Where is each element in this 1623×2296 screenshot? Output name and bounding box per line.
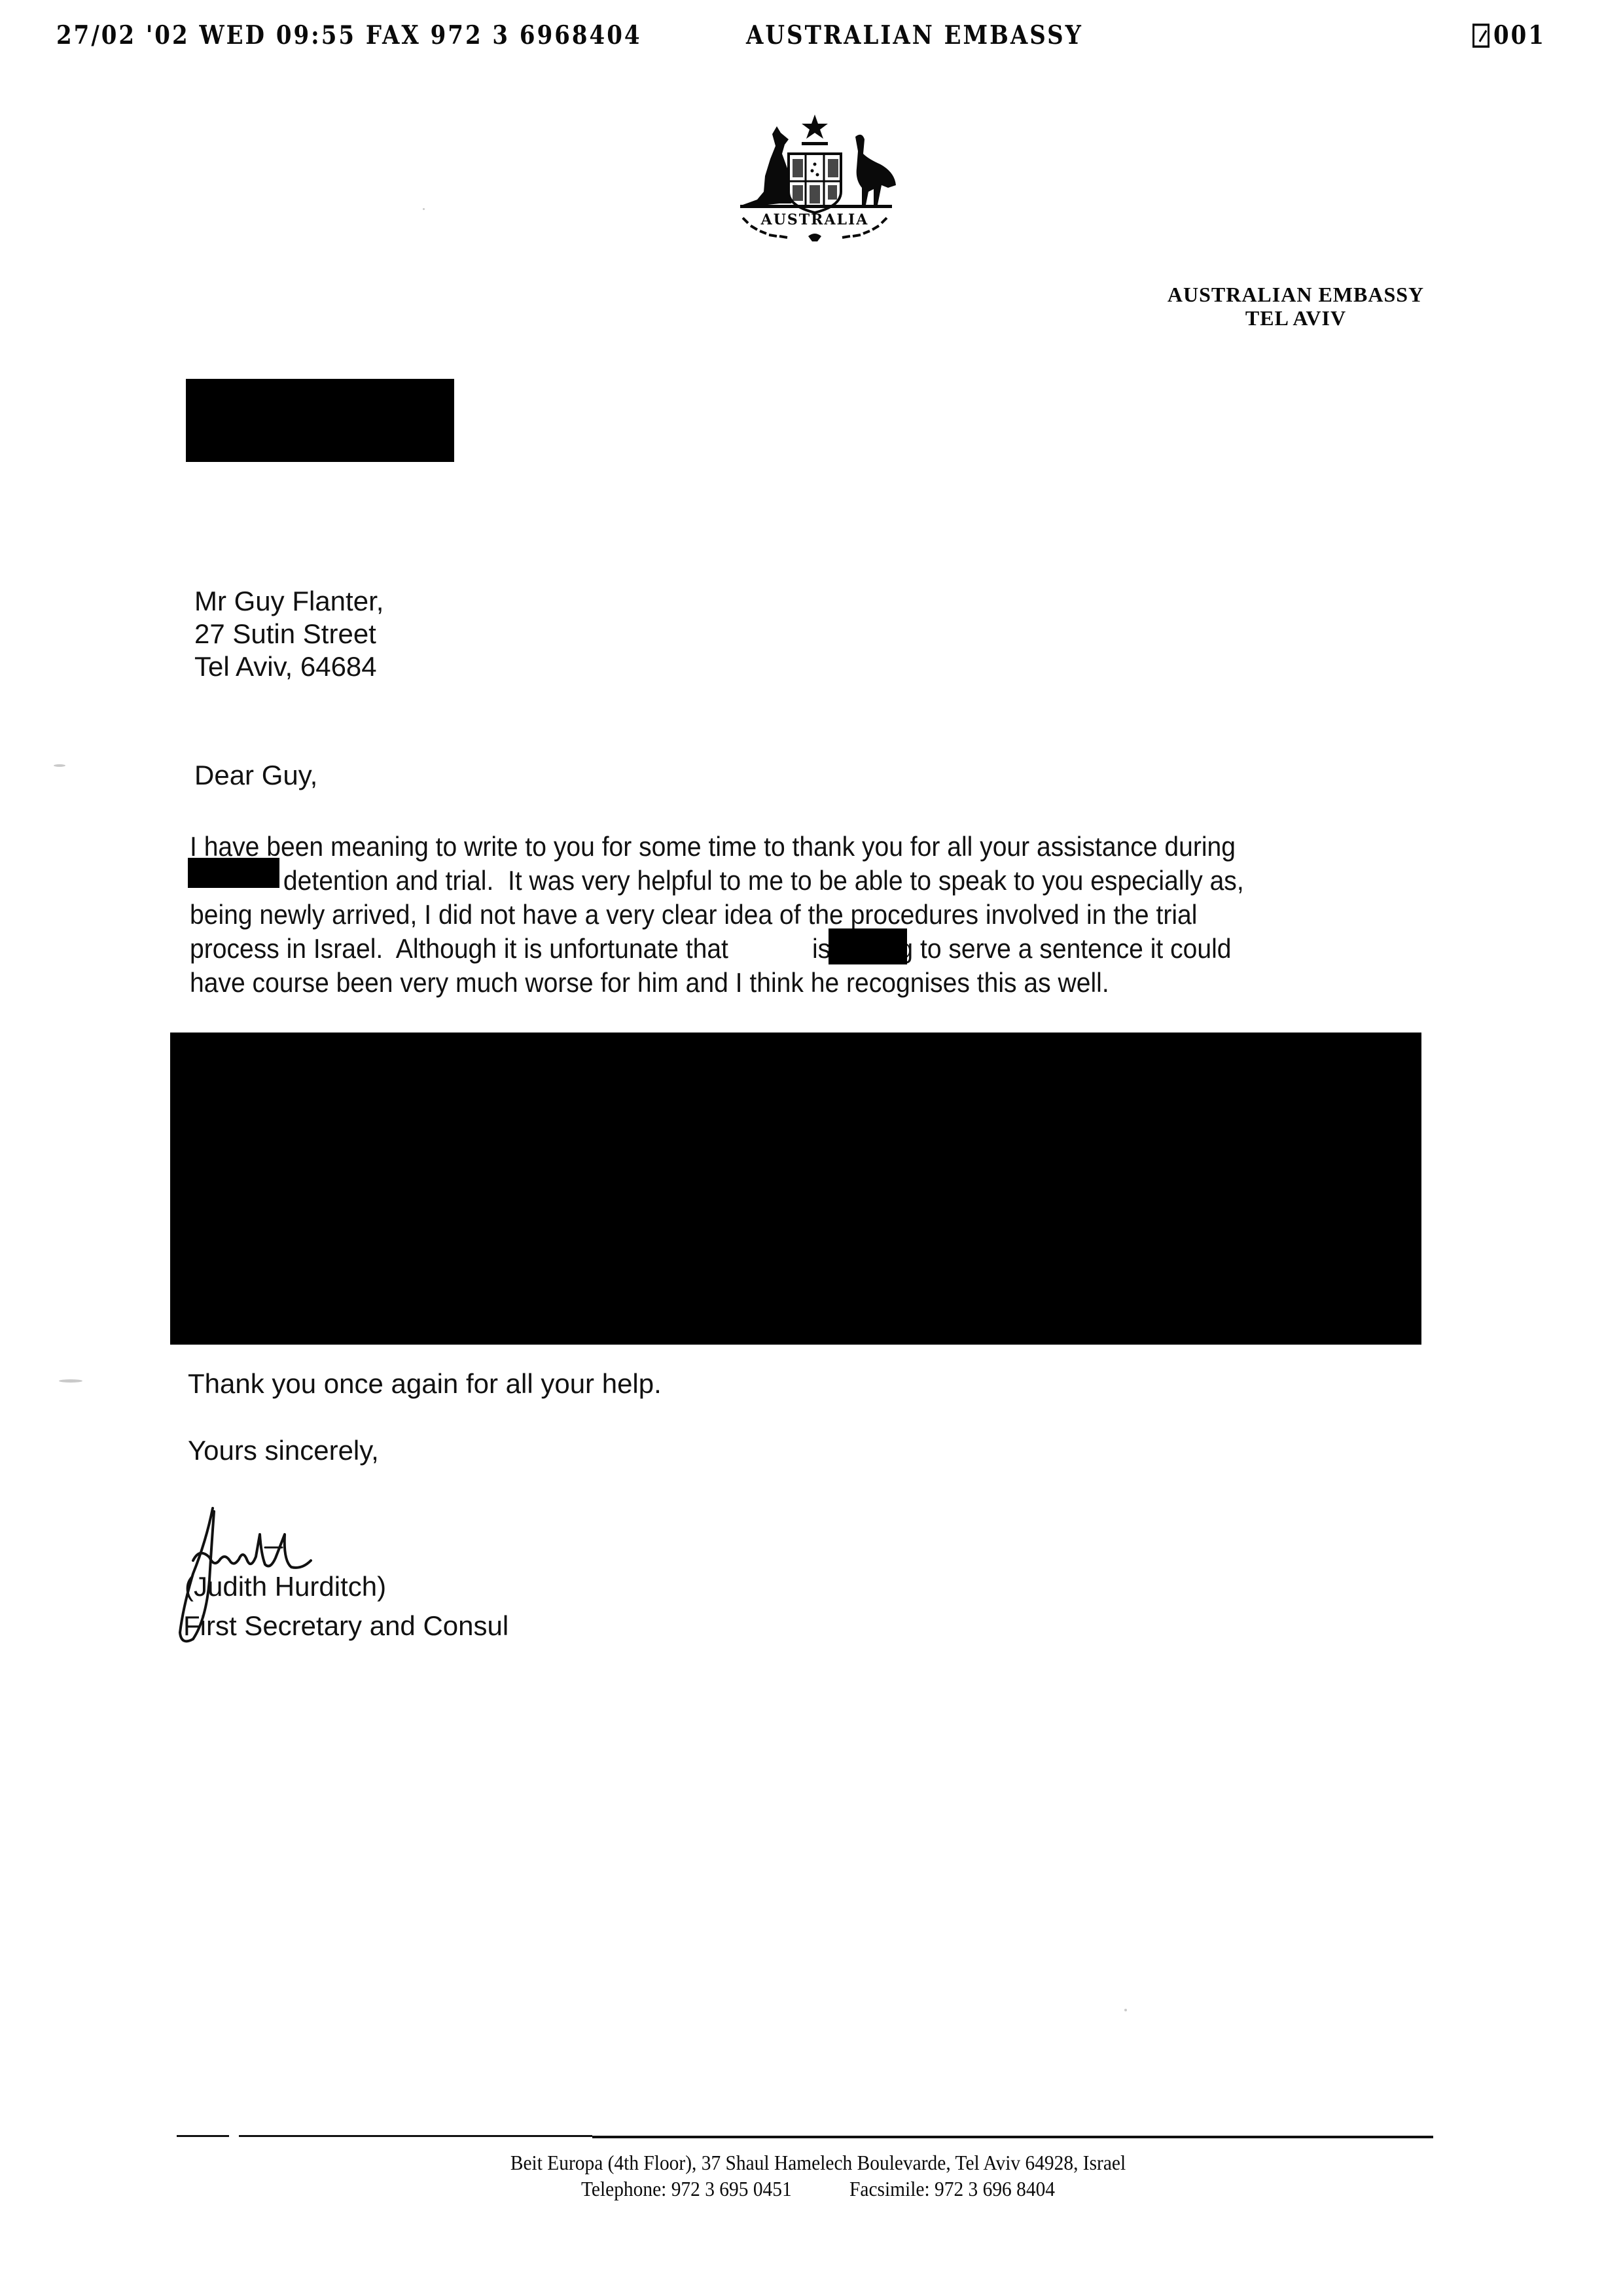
fax-page-number: 001 (1493, 21, 1546, 51)
body-line: I have been meaning to write to you for … (190, 830, 1346, 864)
scan-artifact (423, 208, 425, 210)
australian-coat-of-arms-icon: AUSTRALIA (717, 108, 913, 245)
crest-label: AUSTRALIA (760, 211, 869, 228)
fax-page-icon (1472, 24, 1489, 48)
body-line: being newly arrived, I did not have a ve… (190, 898, 1346, 932)
footer-divider (177, 2134, 1433, 2138)
closing-line: Thank you once again for all your help. (188, 1368, 662, 1400)
fax-transmission-line: 27/02 '02 WED 09:55 FAX 972 3 6968404 (56, 21, 642, 51)
body-line: have course been very much worse for him… (190, 966, 1346, 1000)
body-text: process in Israel. Although it is unfort… (190, 933, 728, 964)
fax-page-indicator: 001 (1472, 21, 1546, 51)
recipient-street: 27 Sutin Street (194, 618, 383, 650)
body-line: detention and trial. It was very helpful… (190, 864, 1346, 898)
embassy-letterhead: AUSTRALIAN EMBASSY TEL AVIV (1152, 283, 1440, 330)
footer-telephone: Telephone: 972 3 695 0451 (581, 2176, 792, 2202)
fax-header: 27/02 '02 WED 09:55 FAX 972 3 6968404 AU… (0, 21, 1623, 66)
signatory-name: (Judith Hurditch) (185, 1570, 386, 1603)
redaction-block-reference (186, 379, 454, 462)
embassy-city: TEL AVIV (1152, 306, 1440, 330)
fax-sender: AUSTRALIAN EMBASSY (746, 21, 1083, 51)
redaction-inline-name-2 (829, 928, 907, 964)
scan-artifact (54, 764, 65, 767)
redaction-inline-name-1 (188, 858, 279, 888)
footer: Beit Europa (4th Floor), 37 Shaul Hamele… (216, 2149, 1420, 2202)
redaction-block-paragraph (170, 1033, 1421, 1345)
recipient-address: Mr Guy Flanter, 27 Sutin Street Tel Aviv… (194, 585, 383, 683)
body-text: detention and trial. It was very helpful… (276, 865, 1244, 896)
body-text: being newly arrived, I did not have a ve… (190, 899, 1197, 930)
body-text: have course been very much worse for him… (190, 967, 1109, 998)
scan-artifact (1124, 2009, 1127, 2011)
embassy-name: AUSTRALIAN EMBASSY (1152, 283, 1440, 306)
signoff: Yours sincerely, (188, 1434, 379, 1467)
body-paragraph: I have been meaning to write to you for … (190, 830, 1346, 1000)
body-line: process in Israel. Although it is unfort… (190, 932, 1346, 966)
recipient-city: Tel Aviv, 64684 (194, 650, 383, 683)
footer-address: Beit Europa (4th Floor), 37 Shaul Hamele… (216, 2149, 1420, 2176)
scan-artifact (59, 1379, 82, 1383)
footer-facsimile: Facsimile: 972 3 696 8404 (849, 2176, 1055, 2202)
salutation: Dear Guy, (194, 759, 317, 792)
body-text: I have been meaning to write to you for … (190, 831, 1236, 862)
recipient-name: Mr Guy Flanter, (194, 585, 383, 618)
footer-contacts: Telephone: 972 3 695 0451 Facsimile: 972… (216, 2176, 1420, 2202)
signatory-title: First Secretary and Consul (183, 1610, 508, 1642)
